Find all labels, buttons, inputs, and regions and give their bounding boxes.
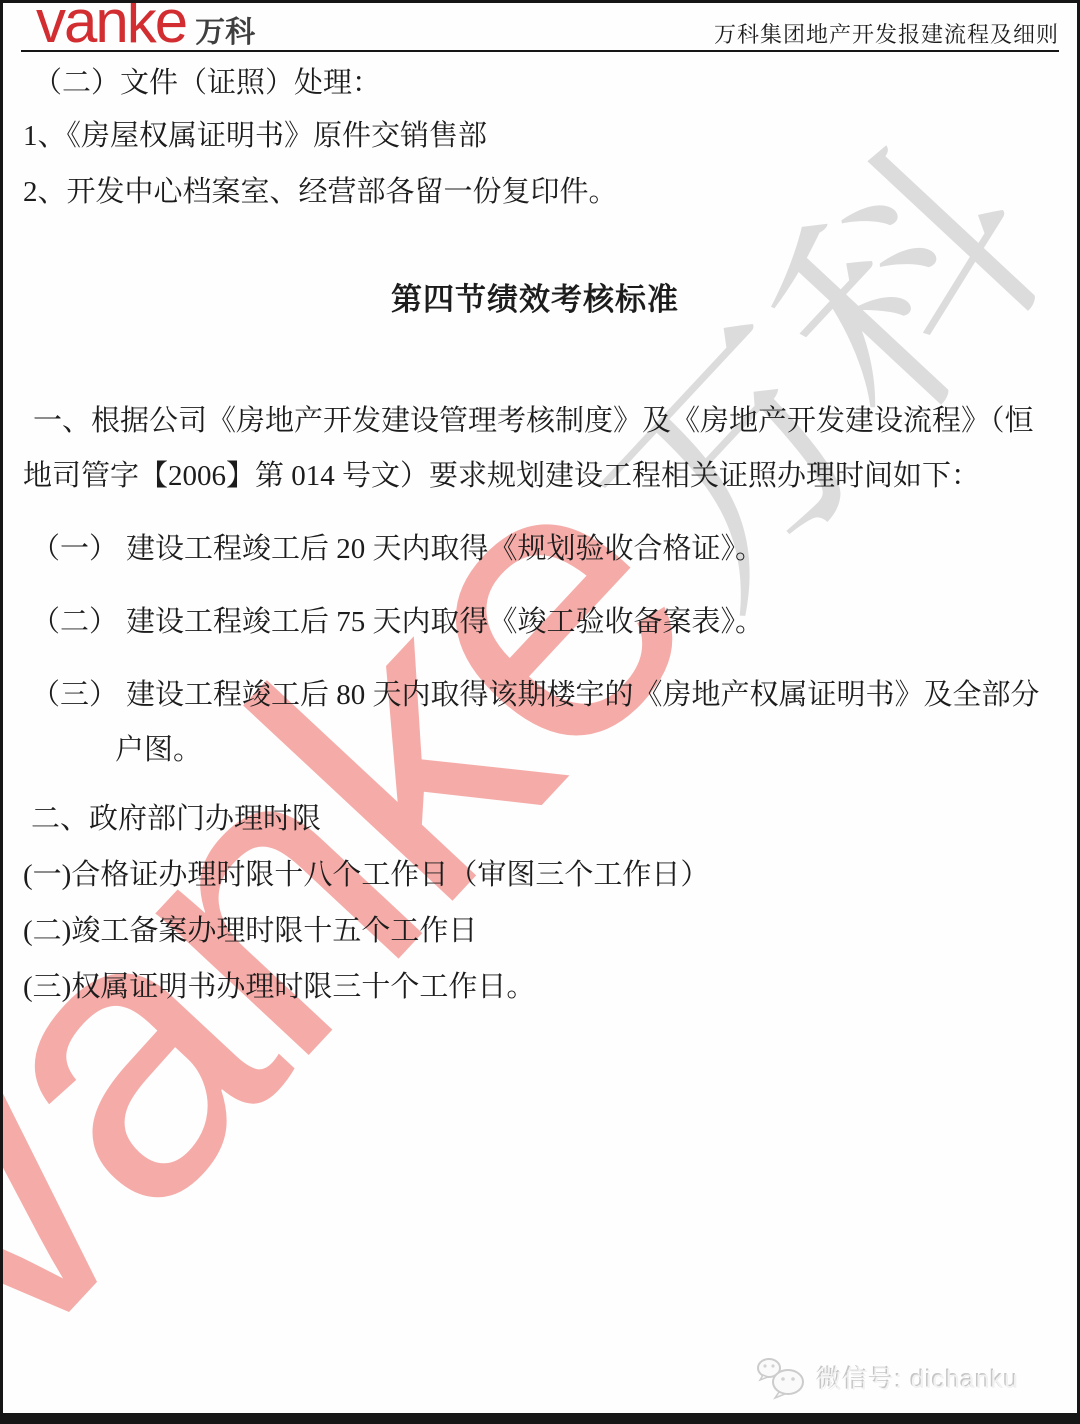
section-heading: 第四节绩效考核标准 <box>23 280 1047 320</box>
wechat-icon <box>755 1355 809 1401</box>
wechat-watermark: 微信号: dichanku <box>755 1355 1019 1401</box>
list-item: (三)权属证明书办理时限三十个工作日。 <box>23 969 1047 1005</box>
paragraph-line: 地司管字【2006】第 014 号文）要求规划建设工程相关证照办理时间如下： <box>23 458 1047 494</box>
intro-line: 1、《房屋权属证明书》原件交销售部 <box>23 118 1047 154</box>
list-item: (一)合格证办理时限十八个工作日（审图三个工作日） <box>23 857 1047 893</box>
document-title: 万科集团地产开发报建流程及细则 <box>714 18 1059 49</box>
bottom-border-bar <box>3 1413 1077 1424</box>
intro-line: （二）文件（证照）处理： <box>23 65 1047 101</box>
document-page: vanke万科 vanke万科 万科集团地产开发报建流程及细则 （二）文件（证照… <box>0 0 1080 1424</box>
list-item-label: （一） <box>31 531 126 567</box>
list-item: （一）建设工程竣工后 20 天内取得《规划验收合格证》。 <box>23 531 1047 567</box>
vanke-logo-latin: vanke <box>36 0 186 55</box>
list-item-continuation: 户图。 <box>23 732 1047 768</box>
list-item: （二）建设工程竣工后 75 天内取得《竣工验收备案表》。 <box>23 604 1047 640</box>
list-item-text: 建设工程竣工后 75 天内取得《竣工验收备案表》。 <box>126 606 764 638</box>
page-header: vanke万科 万科集团地产开发报建流程及细则 <box>3 3 1077 52</box>
document-body: （二）文件（证照）处理： 1、《房屋权属证明书》原件交销售部 2、开发中心档案室… <box>3 65 1077 1005</box>
list-item: （三）建设工程竣工后 80 天内取得该期楼宇的《房地产权属证明书》及全部分 <box>23 677 1047 713</box>
vanke-logo: vanke万科 <box>36 0 255 56</box>
intro-line: 2、开发中心档案室、经营部各留一份复印件。 <box>23 174 1047 210</box>
vanke-logo-cjk: 万科 <box>195 16 255 49</box>
list-item-text: 建设工程竣工后 20 天内取得《规划验收合格证》。 <box>126 533 764 565</box>
list-item-label: （二） <box>31 604 126 640</box>
list-item: (二)竣工备案办理时限十五个工作日 <box>23 913 1047 949</box>
wechat-id-text: 微信号: dichanku <box>817 1360 1019 1396</box>
list-item-text: 建设工程竣工后 80 天内取得该期楼宇的《房地产权属证明书》及全部分 <box>126 679 1040 711</box>
paragraph-line: 一、根据公司《房地产开发建设管理考核制度》及《房地产开发建设流程》（恒 <box>23 403 1047 439</box>
section2-heading: 二、政府部门办理时限 <box>23 801 1047 837</box>
list-item-label: （三） <box>31 677 126 713</box>
